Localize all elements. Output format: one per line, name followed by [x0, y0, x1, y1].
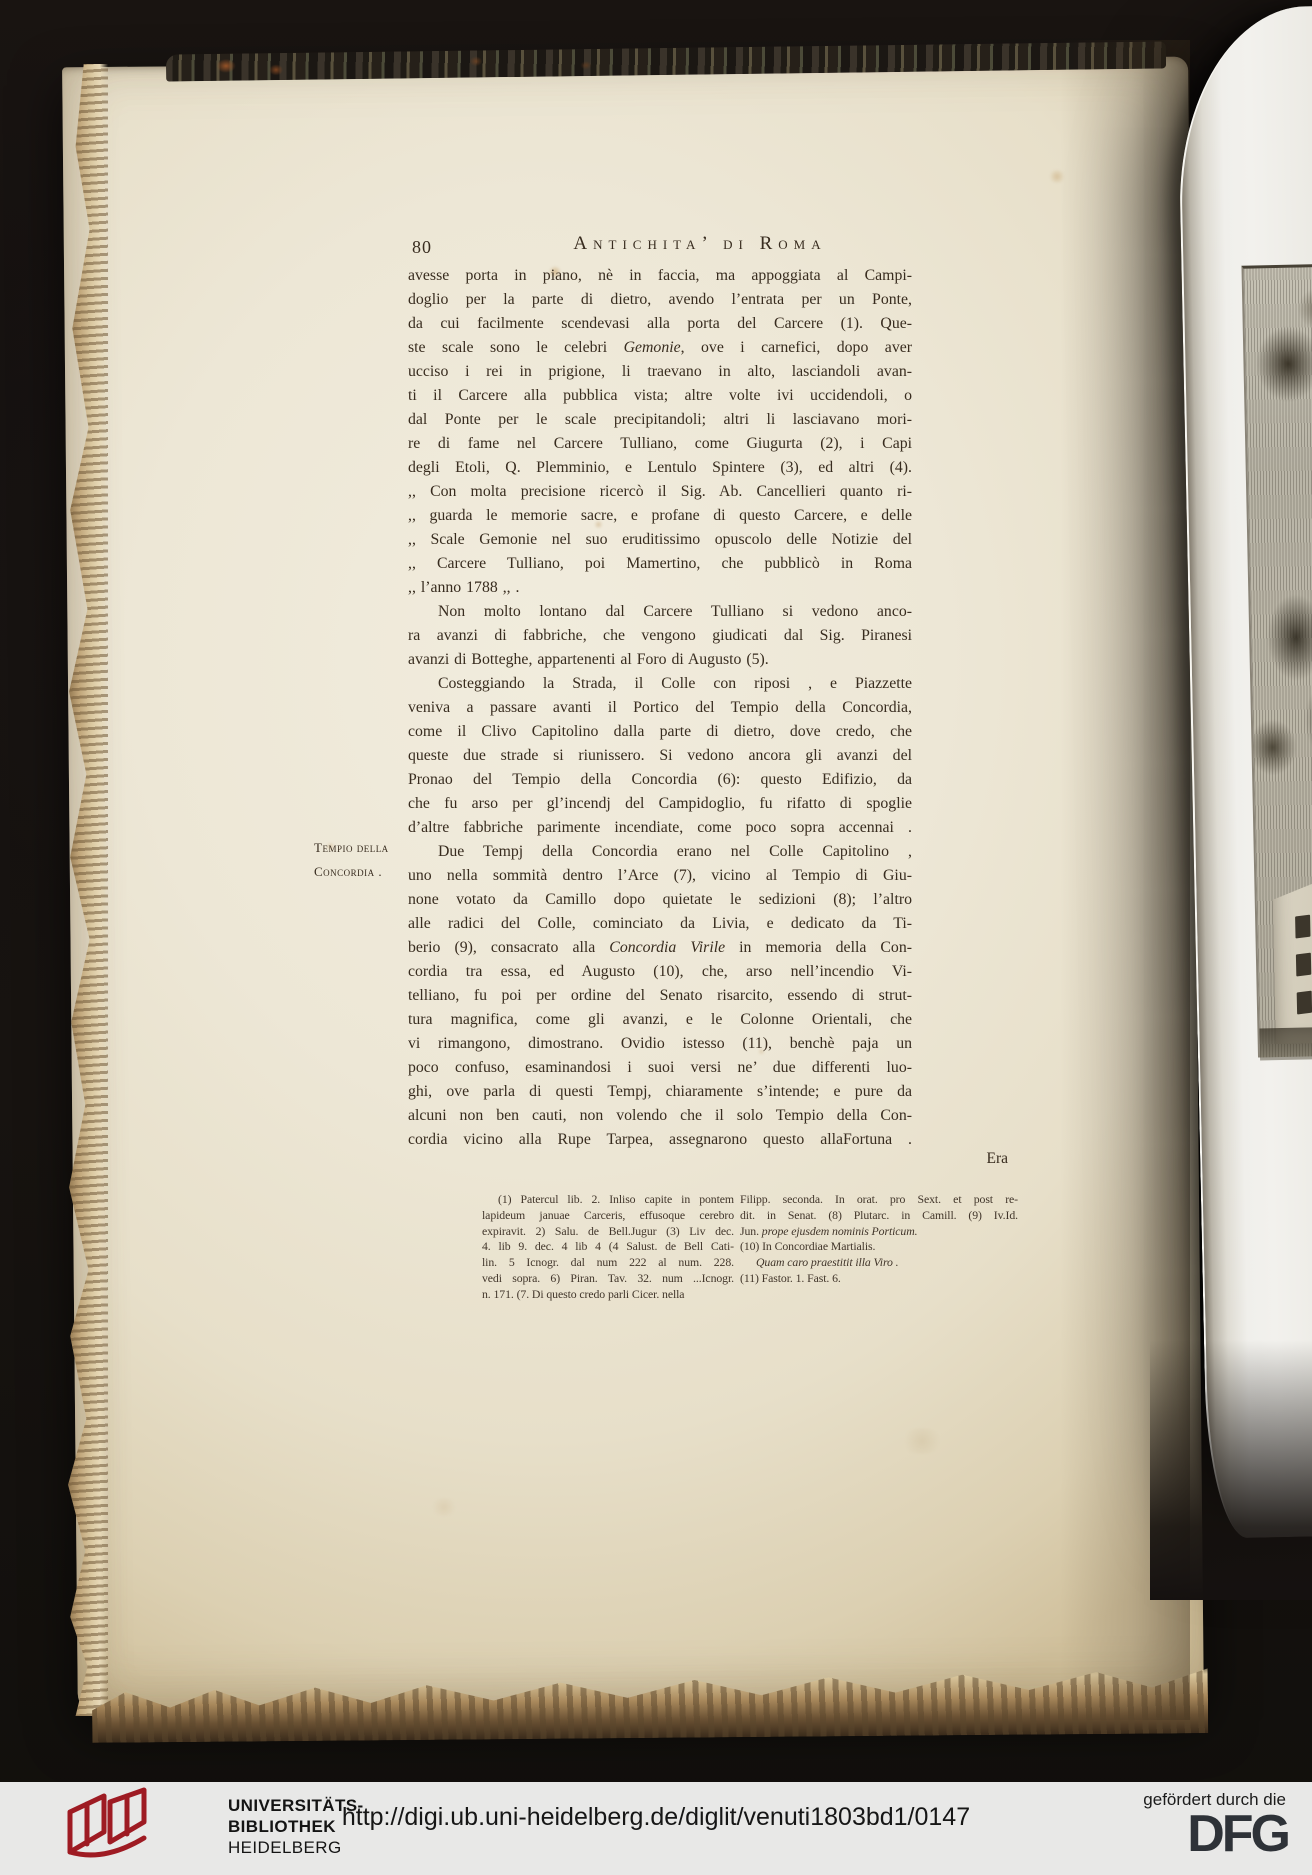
text-line: re di fame nel Carcere Tulliano, come Gi…	[408, 432, 912, 456]
text-line: avanzi di Botteghe, appartenenti al Foro…	[408, 648, 912, 672]
text-line: ghi, ove parla di questi Tempj, chiarame…	[408, 1080, 912, 1104]
text-line: expiravit. 2) Salu. de Bell.Jugur (3) Li…	[482, 1224, 734, 1240]
engraving-building	[1272, 865, 1312, 1044]
margin-note-line: Concordia .	[314, 860, 420, 884]
text-line: 4. lib 9. dec. 4 lib 4 (4 Salust. de Bel…	[482, 1239, 734, 1255]
dfg-logo: DFG	[1187, 1808, 1288, 1860]
text-line: ,, guarda le memorie sacre, e profane di…	[408, 504, 912, 528]
footnotes-left-column: (1) Patercul lib. 2. Inliso capite in po…	[482, 1192, 734, 1303]
running-title: Antichita’ di Roma	[448, 233, 952, 255]
text-line: queste due strade si riunissero. Si vedo…	[408, 744, 912, 768]
text-line: vi rimangono, dimostrano. Ovidio istesso…	[408, 1032, 912, 1056]
text-line: Non molto lontano dal Carcere Tulliano s…	[408, 600, 912, 624]
text-line: (10) In Concordiae Martialis.	[740, 1239, 1018, 1255]
text-line: alle radici del Colle, cominciato da Liv…	[408, 912, 912, 936]
text-line: (11) Fastor. 1. Fast. 6.	[740, 1271, 1018, 1287]
text-line: Costeggiando la Strada, il Colle con rip…	[408, 672, 912, 696]
text-line: doglio per la parte di dietro, avendo l’…	[408, 288, 912, 312]
text-line: Due Tempj della Concordia erano nel Coll…	[408, 840, 912, 864]
page-body-text: avesse porta in piano, nè in faccia, ma …	[408, 264, 912, 1152]
text-line: ,, Con molta precisione ricercò il Sig. …	[408, 480, 912, 504]
engraving-plate-partial	[1241, 262, 1312, 1058]
text-line: telliano, fu poi per ordine del Senato r…	[408, 984, 912, 1008]
text-line: Jun. prope ejusdem nominis Porticum.	[740, 1224, 1018, 1240]
text-line: come il Clivo Capitolino dalla parte di …	[408, 720, 912, 744]
text-line: ,, Carcere Tulliano, poi Mamertino, che …	[408, 552, 912, 576]
library-footer-bar: UNIVERSITÄTS- BIBLIOTHEK HEIDELBERG http…	[0, 1782, 1312, 1875]
library-name-line: HEIDELBERG	[228, 1837, 364, 1858]
text-line: lapideum januae Carceris, effusoque cere…	[482, 1208, 734, 1224]
text-line: tura magnifica, come gli avanzi, e le Co…	[408, 1008, 912, 1032]
text-line: lin. 5 Icnogr. dal num 222 al num. 228.	[482, 1255, 734, 1271]
text-line: d’altre fabbriche parimente incendiate, …	[408, 816, 912, 840]
text-line: Pronao del Tempio della Concordia (6): q…	[408, 768, 912, 792]
engraving-window	[1295, 915, 1310, 939]
text-line: dit. in Senat. (8) Plutarc. in Camill. (…	[740, 1208, 1018, 1224]
engraving-trees	[1248, 273, 1312, 487]
text-line: da cui facilmente scendevasi alla porta …	[408, 312, 912, 336]
text-line: ucciso i rei in prigione, li traevano in…	[408, 360, 912, 384]
footnotes-right-column: Filipp. seconda. In orat. pro Sext. et p…	[740, 1192, 1018, 1287]
scanned-book-photo: 80 Antichita’ di Roma avesse porta in pi…	[0, 0, 1312, 1875]
text-line: veniva a passare avanti il Portico del T…	[408, 696, 912, 720]
text-line: none votato da Camillo dopo quietate le …	[408, 888, 912, 912]
engraving-foliage	[1250, 557, 1312, 820]
text-line: ra avanzi di fabbriche, che vengono giud…	[408, 624, 912, 648]
text-line: berio (9), consacrato alla Concordia Vir…	[408, 936, 912, 960]
text-line: ,, l’anno 1788 ,, .	[408, 576, 912, 600]
engraving-window	[1297, 991, 1312, 1015]
text-line: avesse porta in piano, nè in faccia, ma …	[408, 264, 912, 288]
text-line: Filipp. seconda. In orat. pro Sext. et p…	[740, 1192, 1018, 1208]
text-line: dal Ponte per le scale precipitandoli; a…	[408, 408, 912, 432]
engraving-window	[1296, 953, 1311, 977]
engraving-ground	[1259, 1025, 1312, 1061]
text-line: cordia tra essa, ed Augusto (10), che, a…	[408, 960, 912, 984]
text-line: (1) Patercul lib. 2. Inliso capite in po…	[482, 1192, 734, 1208]
text-line: Quam caro praestitit illa Viro .	[740, 1255, 1018, 1271]
text-line: degli Etoli, Q. Plemminio, e Lentulo Spi…	[408, 456, 912, 480]
text-line: uno nella sommità dentro l’Arce (7), vic…	[408, 864, 912, 888]
margin-note-line: Tempio della	[314, 836, 420, 860]
page-number: 80	[412, 237, 432, 258]
text-line: ste scale sono le celebri Gemonie, ove i…	[408, 336, 912, 360]
text-line: alcuni non ben cauti, non volendo che il…	[408, 1104, 912, 1128]
catchword: Era	[700, 1150, 1008, 1168]
text-line: ti il Carcere alla pubblica vista; altre…	[408, 384, 912, 408]
text-line: poco confuso, esaminandosi i suoi versi …	[408, 1056, 912, 1080]
text-line: cordia vicino alla Rupe Tarpea, assegnar…	[408, 1128, 912, 1152]
text-line: vedi sopra. 6) Piran. Tav. 32. num ...Ic…	[482, 1271, 734, 1287]
text-line: ,, Scale Gemonie nel suo eruditissimo op…	[408, 528, 912, 552]
right-page-shadow-fade	[1150, 1340, 1312, 1600]
text-line: che fu arso per gl’incendj del Campidogl…	[408, 792, 912, 816]
margin-note: Tempio della Concordia .	[314, 836, 420, 884]
text-line: n. 171. (7. Di questo credo parli Cicer.…	[482, 1287, 734, 1303]
printed-page: 80 Antichita’ di Roma avesse porta in pi…	[0, 0, 1312, 1875]
digitization-url: http://digi.ub.uni-heidelberg.de/diglit/…	[0, 1803, 1312, 1832]
